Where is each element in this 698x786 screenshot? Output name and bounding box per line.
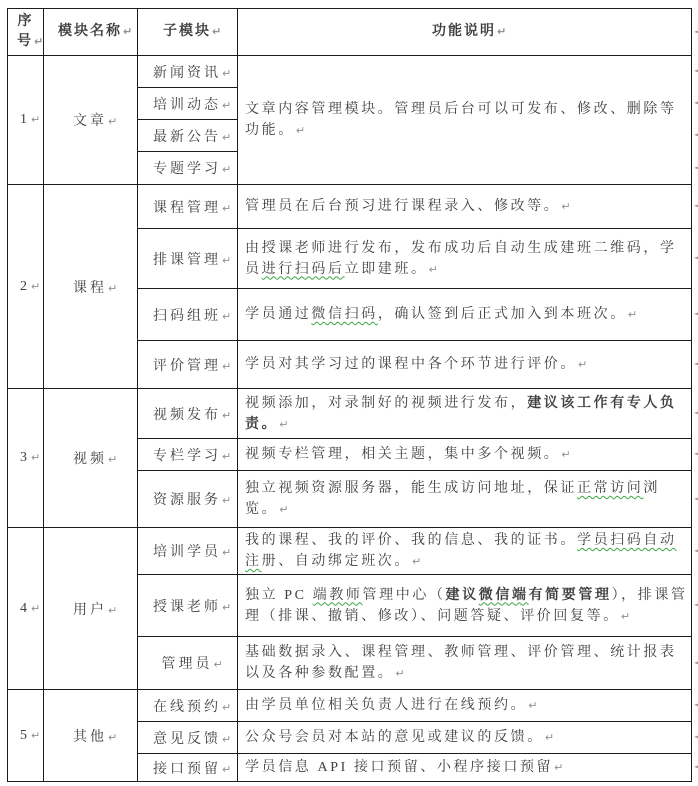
num-cell: 2↵ bbox=[8, 185, 44, 389]
submodule-cell: 管理员↵ bbox=[138, 637, 238, 690]
description-cell: 学员通过微信扫码，确认签到后正式加入到本班次。↵ bbox=[238, 289, 692, 341]
row-end-mark: ◄ bbox=[694, 254, 698, 262]
description-text: 有简要管理 bbox=[529, 588, 612, 603]
module-label: 文章 bbox=[73, 114, 107, 129]
num-label: 3 bbox=[20, 450, 30, 465]
description-text: 管理员在后台预习进行课程录入、修改等。 bbox=[245, 199, 560, 214]
description-cell: 文章内容管理模块。管理员后台可以可发布、修改、删除等功能。↵ bbox=[238, 56, 692, 185]
description-cell: 视频专栏管理，相关主题，集中多个视频。↵ bbox=[238, 439, 692, 471]
description-cell: 由授课老师进行发布，发布成功后自动生成建班二维码，学员进行扫码后立即建班。↵ bbox=[238, 229, 692, 289]
num-cell: 4↵ bbox=[8, 528, 44, 690]
description-cell: 公众号会员对本站的意见或建议的反馈。↵ bbox=[238, 722, 692, 754]
submodule-label: 排课管理 bbox=[153, 253, 221, 268]
row-end-mark: ◄ bbox=[694, 495, 698, 503]
description-cell: 我的课程、我的评价、我的信息、我的证书。学员扫码自动注册、自动绑定班次。↵ bbox=[238, 528, 692, 575]
row-end-mark: ◄ bbox=[694, 659, 698, 667]
num-label: 2 bbox=[20, 279, 30, 294]
row-end-mark: ◄ bbox=[694, 409, 698, 417]
submodule-label: 专栏学习 bbox=[153, 449, 221, 464]
module-cell: 视频↵ bbox=[44, 389, 138, 528]
num-cell: 3↵ bbox=[8, 389, 44, 528]
description-cell: 独立视频资源服务器，能生成访问地址，保证正常访问浏览。↵ bbox=[238, 471, 692, 528]
module-label: 用户 bbox=[73, 603, 107, 618]
module-cell: 文章↵ bbox=[44, 56, 138, 185]
row-end-mark: ◄ bbox=[694, 360, 698, 368]
row-end-mark: ◄ bbox=[694, 67, 698, 75]
description-text: 基础数据录入、课程管理、教师管理、评价管理、统计报表以及各种参数配置。 bbox=[245, 645, 677, 681]
submodule-label: 资源服务 bbox=[153, 493, 221, 508]
submodule-label: 培训动态 bbox=[153, 98, 221, 113]
description-text: 学员对其学习过的课程中各个环节进行评价。 bbox=[245, 357, 577, 372]
description-cell: 基础数据录入、课程管理、教师管理、评价管理、统计报表以及各种参数配置。↵ bbox=[238, 637, 692, 690]
submodule-label: 最新公告 bbox=[153, 130, 221, 145]
description-cell: 视频添加，对录制好的视频进行发布，建议该工作有专人负责。↵ bbox=[238, 389, 692, 439]
description-text: 管理中心（ bbox=[363, 588, 446, 603]
submodule-cell: 接口预留↵ bbox=[138, 754, 238, 782]
header-label-num: 序号 bbox=[17, 14, 34, 49]
submodule-label: 扫码组班 bbox=[153, 309, 221, 324]
header-cell-module: 模块名称↵ bbox=[44, 9, 138, 56]
description-text: 独立 PC bbox=[245, 588, 313, 603]
submodule-label: 专题学习 bbox=[153, 162, 221, 177]
table-row: 3↵ 视频↵ 视频发布↵ 视频添加，对录制好的视频进行发布，建议该工作有专人负责… bbox=[8, 389, 692, 439]
row-end-mark: ◄ bbox=[694, 310, 698, 318]
row-end-mark: ◄ bbox=[694, 131, 698, 139]
row-end-mark: ◄ bbox=[694, 601, 698, 609]
module-function-table: 序号↵ 模块名称↵ 子模块↵ 功能说明↵ 1↵ 文章↵ 新闻资讯↵ 文章内容管理… bbox=[7, 8, 692, 782]
table-row: 2↵ 课程↵ 课程管理↵ 管理员在后台预习进行课程录入、修改等。↵ bbox=[8, 185, 692, 229]
document: 序号↵ 模块名称↵ 子模块↵ 功能说明↵ 1↵ 文章↵ 新闻资讯↵ 文章内容管理… bbox=[0, 0, 698, 782]
description-cell: 学员对其学习过的课程中各个环节进行评价。↵ bbox=[238, 341, 692, 389]
description-text: 微信扫码 bbox=[311, 307, 377, 322]
header-label-module: 模块名称 bbox=[58, 24, 122, 39]
submodule-cell: 专题学习↵ bbox=[138, 152, 238, 185]
description-text: 微信端 bbox=[479, 588, 529, 603]
description-text: 立即建班。 bbox=[345, 262, 428, 277]
module-label: 其他 bbox=[73, 730, 107, 745]
submodule-cell: 新闻资讯↵ bbox=[138, 56, 238, 88]
description-text: 我的课程、我的评价、我的信息、我的证书。 bbox=[245, 533, 577, 548]
module-cell: 其他↵ bbox=[44, 690, 138, 782]
description-text: 独立视频资源服务器，能生成访问地址，保证 bbox=[245, 481, 577, 496]
description-cell: 学员信息 API 接口预留、小程序接口预留↵ bbox=[238, 754, 692, 782]
description-text: 由学员单位相关负责人进行在线预约。 bbox=[245, 698, 527, 713]
submodule-cell: 意见反馈↵ bbox=[138, 722, 238, 754]
submodule-cell: 培训学员↵ bbox=[138, 528, 238, 575]
submodule-label: 培训学员 bbox=[153, 545, 221, 560]
module-label: 课程 bbox=[73, 281, 107, 296]
submodule-label: 接口预留 bbox=[153, 762, 221, 777]
num-label: 4 bbox=[20, 601, 30, 616]
header-cell-description: 功能说明↵ bbox=[238, 9, 692, 56]
submodule-cell: 扫码组班↵ bbox=[138, 289, 238, 341]
module-label: 视频 bbox=[73, 452, 107, 467]
submodule-label: 授课老师 bbox=[153, 600, 221, 615]
description-cell: 独立 PC 端教师管理中心（建议微信端有简要管理），排课管理（排课、撤销、修改）… bbox=[238, 575, 692, 637]
description-text: 视频添加，对录制好的视频进行发布， bbox=[245, 396, 527, 411]
description-text: 建议 bbox=[446, 588, 479, 603]
header-label-submodule: 子模块 bbox=[163, 24, 211, 39]
module-cell: 用户↵ bbox=[44, 528, 138, 690]
num-cell: 5↵ bbox=[8, 690, 44, 782]
row-end-mark: ◄ bbox=[694, 28, 698, 36]
description-text: 公众号会员对本站的意见或建议的反馈。 bbox=[245, 730, 544, 745]
num-label: 5 bbox=[20, 728, 30, 743]
table-row: 4↵ 用户↵ 培训学员↵ 我的课程、我的评价、我的信息、我的证书。学员扫码自动注… bbox=[8, 528, 692, 575]
submodule-cell: 培训动态↵ bbox=[138, 88, 238, 120]
row-end-mark: ◄ bbox=[694, 763, 698, 771]
header-cell-submodule: 子模块↵ bbox=[138, 9, 238, 56]
submodule-cell: 在线预约↵ bbox=[138, 690, 238, 722]
submodule-cell: 资源服务↵ bbox=[138, 471, 238, 528]
table-header-row: 序号↵ 模块名称↵ 子模块↵ 功能说明↵ bbox=[8, 9, 692, 56]
description-text: 端教师 bbox=[313, 588, 363, 603]
description-text: 文章内容管理模块。管理员后台可以可发布、修改、删除等功能。 bbox=[245, 102, 677, 138]
submodule-cell: 排课管理↵ bbox=[138, 229, 238, 289]
row-end-mark: ◄ bbox=[694, 450, 698, 458]
description-text: 学员通过 bbox=[245, 307, 311, 322]
num-label: 1 bbox=[20, 112, 30, 127]
description-text: 学员信息 API 接口预留、小程序接口预留 bbox=[245, 760, 553, 775]
row-end-mark: ◄ bbox=[694, 733, 698, 741]
submodule-label: 意见反馈 bbox=[153, 732, 221, 747]
submodule-cell: 评价管理↵ bbox=[138, 341, 238, 389]
submodule-cell: 专栏学习↵ bbox=[138, 439, 238, 471]
submodule-label: 管理员 bbox=[162, 657, 213, 672]
submodule-label: 评价管理 bbox=[153, 359, 221, 374]
description-text: 进行扫码后 bbox=[262, 262, 345, 277]
header-label-description: 功能说明 bbox=[432, 24, 496, 39]
submodule-label: 在线预约 bbox=[153, 700, 221, 715]
description-text: 正常访问 bbox=[577, 481, 643, 496]
row-end-mark: ◄ bbox=[694, 701, 698, 709]
table-row: 1↵ 文章↵ 新闻资讯↵ 文章内容管理模块。管理员后台可以可发布、修改、删除等功… bbox=[8, 56, 692, 88]
description-cell: 由学员单位相关负责人进行在线预约。↵ bbox=[238, 690, 692, 722]
table-row: 5↵ 其他↵ 在线预约↵ 由学员单位相关负责人进行在线预约。↵ bbox=[8, 690, 692, 722]
row-end-mark: ◄ bbox=[694, 547, 698, 555]
num-cell: 1↵ bbox=[8, 56, 44, 185]
description-text: ，确认签到后正式加入到本班次。 bbox=[378, 307, 627, 322]
submodule-cell: 最新公告↵ bbox=[138, 120, 238, 152]
row-end-mark: ◄ bbox=[694, 99, 698, 107]
description-text: 册、自动绑定班次。 bbox=[262, 554, 411, 569]
submodule-cell: 视频发布↵ bbox=[138, 389, 238, 439]
description-text: 视频专栏管理，相关主题，集中多个视频。 bbox=[245, 447, 560, 462]
module-cell: 课程↵ bbox=[44, 185, 138, 389]
row-end-mark: ◄ bbox=[694, 202, 698, 210]
row-end-mark: ◄ bbox=[694, 164, 698, 172]
submodule-label: 视频发布 bbox=[153, 408, 221, 423]
header-cell-num: 序号↵ bbox=[8, 9, 44, 56]
submodule-cell: 课程管理↵ bbox=[138, 185, 238, 229]
submodule-label: 新闻资讯 bbox=[153, 66, 221, 81]
description-cell: 管理员在后台预习进行课程录入、修改等。↵ bbox=[238, 185, 692, 229]
submodule-label: 课程管理 bbox=[153, 201, 221, 216]
submodule-cell: 授课老师↵ bbox=[138, 575, 238, 637]
